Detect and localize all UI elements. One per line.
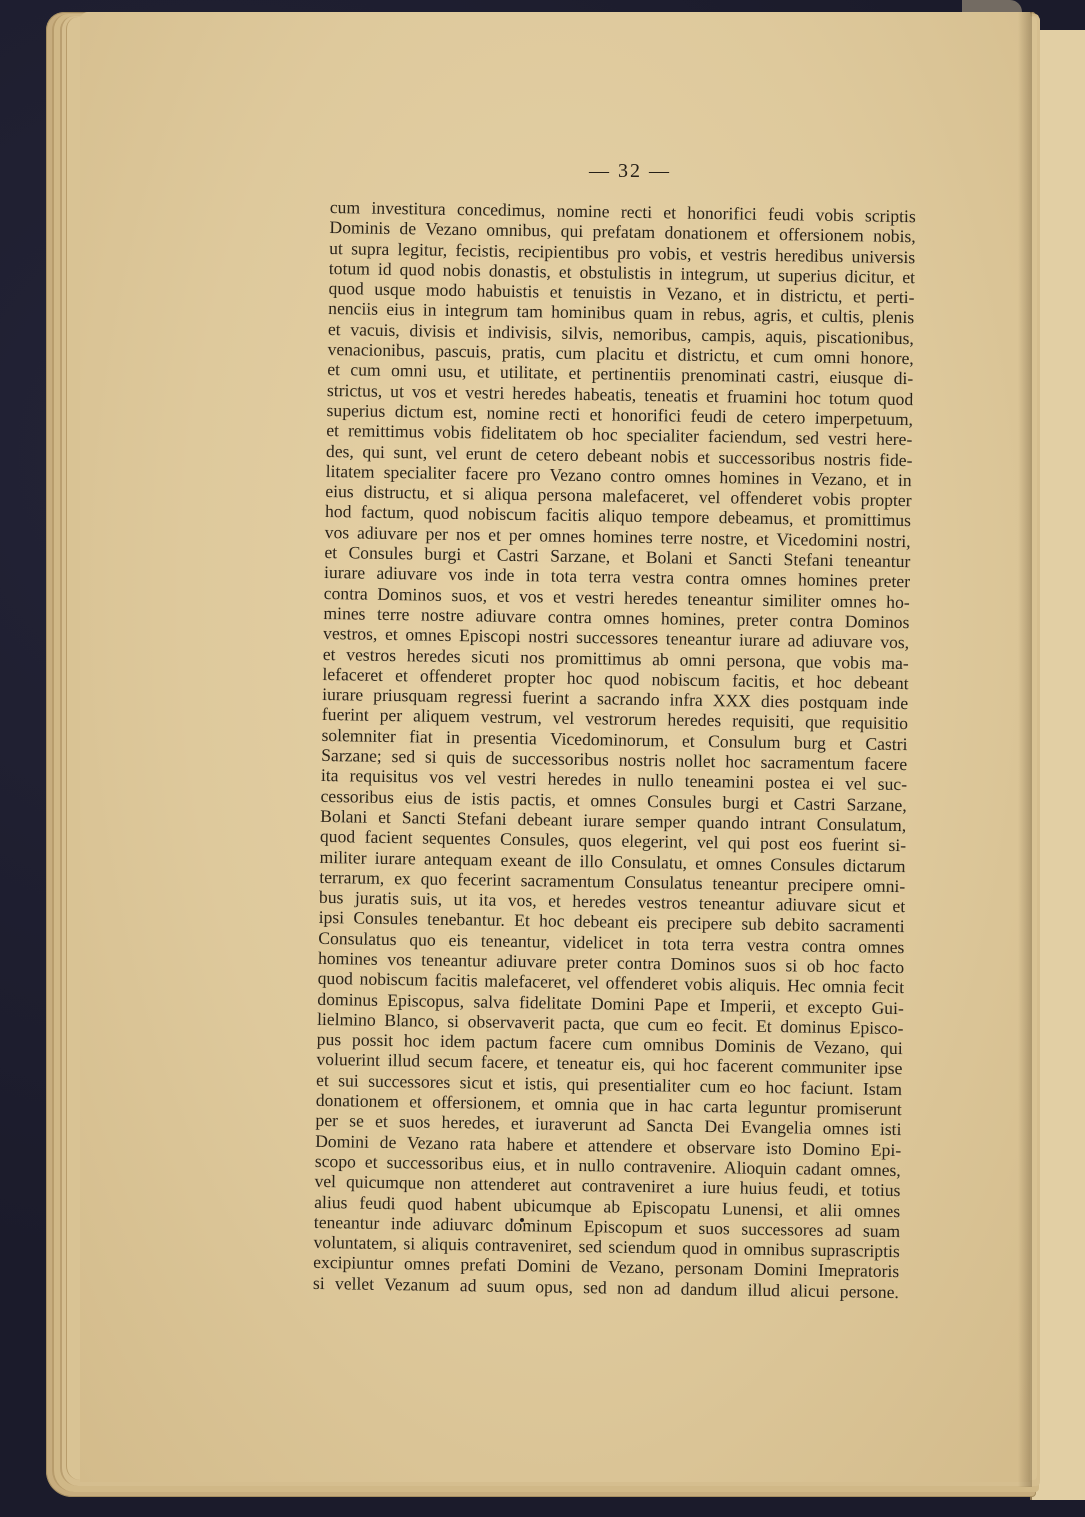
binding-gutter: [1018, 12, 1032, 1487]
ink-speck: [520, 1218, 524, 1222]
body-text: cum investitura concedimus, nomine recti…: [313, 197, 916, 1302]
page-number: — 32 —: [560, 160, 700, 183]
